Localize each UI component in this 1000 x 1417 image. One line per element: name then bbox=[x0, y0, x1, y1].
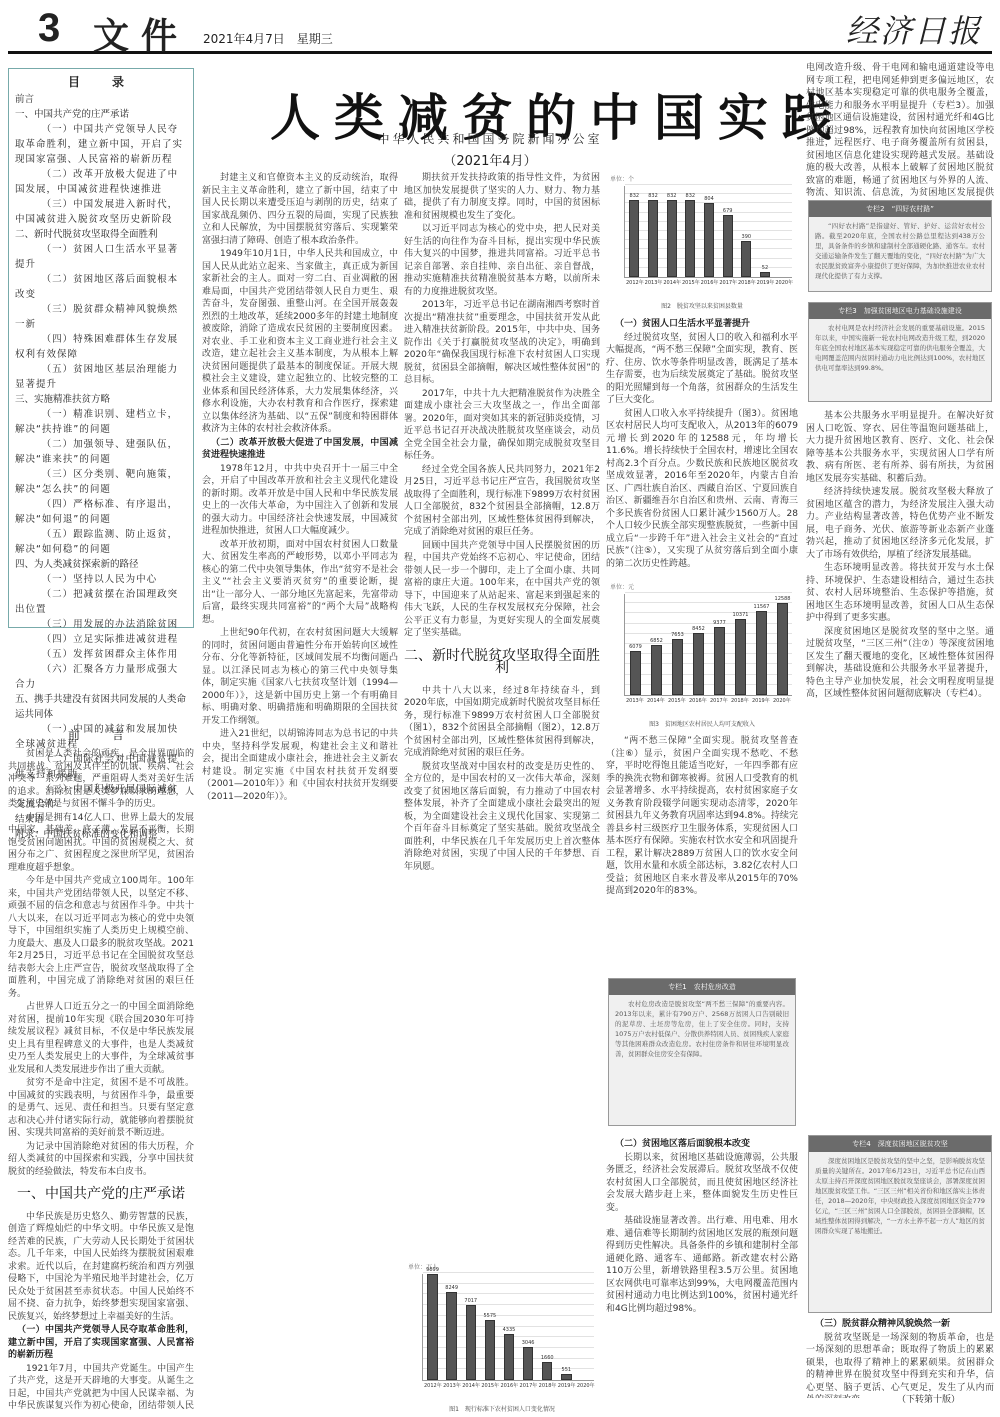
continued-notice: （下转第十版） bbox=[897, 1392, 960, 1405]
section-1-heading: 一、中国共产党的庄严承诺 bbox=[8, 1188, 194, 1201]
column-5-top: 电网改造升级、骨干电网和输电通道建设等电网专项工程，把电网延伸到更多偏远地区，农… bbox=[806, 62, 994, 197]
newspaper-logo: 经济日报 bbox=[846, 6, 982, 52]
bar-value-label: 7653 bbox=[669, 632, 687, 638]
col5-para: 基本公共服务水平明显提升。在解决好贫困人口吃饭、穿衣、居住等温饱问题基础上，大力… bbox=[806, 410, 994, 485]
toc-item: （一）坚持以人民为中心 bbox=[15, 572, 187, 587]
toc-item: （三）脱贫群众精神风貌焕然一新 bbox=[15, 302, 187, 332]
paragraph: 基础设施显著改善。出行难、用电难、用水难、通信难等长期制约贫困地区发展的瓶颈问题… bbox=[606, 1215, 798, 1315]
paragraph: （一）贫困人口生活水平显著提升 bbox=[606, 318, 798, 331]
bar-value-label: 679 bbox=[720, 208, 736, 214]
x-tick-label: 2015年 bbox=[668, 697, 686, 704]
paragraph: 1921年7月，中国共产党诞生。中国产生了共产党，这是开天辟地的大事变。从诞生之… bbox=[8, 1363, 194, 1414]
chart-bar: 832 bbox=[667, 200, 677, 277]
chart-bar: 9899 bbox=[427, 1274, 438, 1380]
chart-bar: 7653 bbox=[672, 639, 684, 695]
chart-bar: 9377 bbox=[714, 627, 726, 695]
toc-item: （五）发挥贫困群众主体作用 bbox=[15, 647, 187, 662]
preface-body: 贫困是人类社会的顽疾，是全世界面临的共同挑战。贫困及其伴生的饥饿、疾病、社会冲突… bbox=[8, 748, 194, 1178]
chart-bar: 3046 bbox=[523, 1347, 534, 1380]
x-tick-label: 2018年 bbox=[738, 279, 756, 286]
x-tick-label: 2018年 bbox=[731, 697, 749, 704]
x-tick-label: 2014年 bbox=[462, 1382, 480, 1389]
x-tick-label: 2016年 bbox=[689, 697, 707, 704]
x-tick-label: 2020年 bbox=[773, 697, 791, 704]
column-4-middle: “两不愁三保障”全面实现。脱贫攻坚普查（注⑥）显示，贫困户全面实现不愁吃、不愁穿… bbox=[606, 735, 798, 975]
paragraph: 以习近平同志为核心的党中央，把人民对美好生活的向往作为奋斗目标，提出实现中华民族… bbox=[404, 223, 600, 298]
toc-item: （五）跟踪监测、防止返贫，解决“如何稳”的问题 bbox=[15, 527, 187, 557]
chart-bar: 52 bbox=[760, 272, 770, 277]
sidebar-box-1: 专栏1 农村危房改造 农村危房改造是脱贫攻坚“两不愁三保障”的重要内容。2013… bbox=[608, 978, 796, 1126]
chart-bar: 8452 bbox=[693, 633, 705, 695]
bar-value-label: 7017 bbox=[463, 1298, 480, 1304]
x-tick-label: 2017年 bbox=[710, 697, 728, 704]
toc-item: （二）把减贫摆在治国理政突出位置 bbox=[15, 587, 187, 617]
chart-unit-label: 单位：元 bbox=[610, 582, 634, 591]
box-3-title: 专栏3 加强贫困地区电力基础设施建设 bbox=[809, 303, 991, 319]
sidebar-box-4: 专栏4 深度贫困地区脱贫攻坚 深度贫困地区是脱贫攻坚的坚中之坚，是影响脱贫攻坚质… bbox=[808, 1135, 992, 1313]
paragraph: 为记录中国消除绝对贫困的伟大历程，介绍人类减贫的中国探索和实践，分享中国扶贫脱贫… bbox=[8, 1141, 194, 1179]
gridline bbox=[423, 1283, 594, 1284]
x-tick-label: 2012年 bbox=[626, 279, 644, 286]
x-tick-label: 2014年 bbox=[663, 279, 681, 286]
gridline bbox=[625, 184, 792, 185]
chart-bar: 6079 bbox=[630, 651, 642, 695]
toc-item: （四）立足实际推进减贫进程 bbox=[15, 632, 187, 647]
x-tick-label: 2015年 bbox=[481, 1382, 499, 1389]
box-4-body: 深度贫困地区是脱贫攻坚的坚中之坚，是影响脱贫攻坚质量的关键所在。2017年6月2… bbox=[809, 1152, 991, 1240]
toc-title: 目 录 bbox=[15, 75, 187, 90]
chart-bar: 390 bbox=[741, 241, 751, 277]
chart-plot-area: 60792013年68522014年76532015年84522016年9377… bbox=[624, 594, 792, 696]
x-tick-label: 2013年 bbox=[626, 697, 644, 704]
bar-value-label: 804 bbox=[701, 196, 717, 202]
toc-item: 一、中国共产党的庄严承诺 bbox=[15, 107, 187, 122]
box-2-body: “四好农村路”是指建好、管好、护好、运营好农村公路。截至2020年底，全国农村公… bbox=[809, 217, 991, 285]
column-4-lower-body: （二）贫困地区落后面貌根本改变长期以来，贫困地区基础设施薄弱，公共服务匮乏，经济… bbox=[606, 1138, 798, 1315]
toc-item: （一）贫困人口生活水平显著提升 bbox=[15, 242, 187, 272]
paragraph: 占世界人口近五分之一的中国全面消除绝对贫困，提前10年实现《联合国2030年可持… bbox=[8, 1001, 194, 1076]
toc-item: （五）贫困地区基层治理能力显著提升 bbox=[15, 362, 187, 392]
chart-plot-area: 8322012年8322013年8322014年8322015年8042016年… bbox=[624, 186, 792, 278]
toc-item: （二）加强领导、建强队伍，解决“谁来扶”的问题 bbox=[15, 437, 187, 467]
paragraph: （二）贫困地区落后面貌根本改变 bbox=[606, 1138, 798, 1151]
chart-plot-area: 98992012年82492013年70172014年55752015年4335… bbox=[422, 1274, 594, 1381]
x-tick-label: 2017年 bbox=[719, 279, 737, 286]
paragraph: 封建主义和官僚资本主义的反动统治，取得新民主主义革命胜利，建立了新中国，结束了中… bbox=[202, 172, 398, 247]
chart-bar: 11567 bbox=[756, 611, 768, 695]
x-tick-label: 2013年 bbox=[645, 279, 663, 286]
paragraph: 经过全党全国各族人民共同努力，2021年2月25日，习近平总书记庄严宣告，我国脱… bbox=[404, 464, 600, 539]
col5-para: 脱贫攻坚既是一场深刻的物质革命，也是一场深刻的思想革命；既取得了物质上的累累硕果… bbox=[806, 1332, 994, 1399]
x-tick-label: 2020年 bbox=[775, 279, 793, 286]
toc-item: 三、实施精准扶贫方略 bbox=[15, 392, 187, 407]
box-1-body: 农村危房改造是脱贫攻坚“两不愁三保障”的重要内容。2013年以来，累计有790万… bbox=[609, 995, 795, 1063]
chart-bar: 832 bbox=[685, 200, 695, 277]
table-of-contents: 目 录 前言一、中国共产党的庄严承诺（一）中国共产党领导人民夺取革命胜利，建立新… bbox=[8, 68, 194, 628]
section-name: 文件 bbox=[93, 8, 189, 59]
bar-value-label: 3046 bbox=[520, 1340, 537, 1346]
section-2-body: 中共十八大以来，经过8年持续奋斗，到2020年底，中国如期完成新时代脱贫攻坚目标… bbox=[404, 685, 600, 874]
col5-para: 深度贫困地区是脱贫攻坚的坚中之坚。通过脱贫攻坚，“三区三州”（注⑦）等深度贫困地… bbox=[806, 626, 994, 701]
section-1-body: 中华民族是历史悠久、勤劳智慧的民族，创造了辉煌灿烂的中华文明。中华民族又是饱经苦… bbox=[8, 1211, 194, 1414]
column-3-body: 期扶贫开发扶持政策的指导性文件，为贫困地区加快发展提供了坚实的人力、财力、物力基… bbox=[404, 172, 600, 640]
bar-value-label: 832 bbox=[645, 193, 661, 199]
col5-para: 经济持续快速发展。脱贫攻坚极大释放了贫困地区蕴含的潜力，为经济发展注入强大动力。… bbox=[806, 486, 994, 561]
paragraph: 1949年10月1日，中华人民共和国成立，中国人民从此站立起来、当家做主，真正成… bbox=[202, 248, 398, 436]
x-tick-label: 2013年 bbox=[443, 1382, 461, 1389]
sidebar-box-2: 专栏2 “四好农村路” “四好农村路”是指建好、管好、护好、运营好农村公路。截至… bbox=[808, 200, 992, 292]
bar-value-label: 11567 bbox=[753, 604, 771, 610]
paragraph: 经过脱贫攻坚，贫困人口的收入和福利水平大幅提高，“两不愁三保障”全面实现，教育、… bbox=[606, 332, 798, 407]
paragraph: 贫穷不是命中注定，贫困不是不可战胜。中国减贫的实践表明，与贫困作斗争，最重要的是… bbox=[8, 1077, 194, 1140]
chart-bar: 7017 bbox=[466, 1305, 477, 1380]
chart-bar: 551 bbox=[561, 1374, 572, 1380]
toc-item: 五、携手共建没有贫困共同发展的人类命运共同体 bbox=[15, 692, 187, 722]
chart-unit-label: 单位：个 bbox=[610, 174, 634, 183]
column-4-body: （一）贫困人口生活水平显著提升经过脱贫攻坚，贫困人口的收入和福利水平大幅提高，“… bbox=[606, 318, 798, 570]
column-3: 期扶贫开发扶持政策的指导性文件，为贫困地区加快发展提供了坚实的人力、财力、物力基… bbox=[404, 172, 600, 1232]
preface-title: 前 言 bbox=[8, 726, 194, 743]
paragraph: 中共十八大以来，经过8年持续奋斗，到2020年底，中国如期完成新时代脱贫攻坚目标… bbox=[404, 685, 600, 760]
box-4-title: 专栏4 深度贫困地区脱贫攻坚 bbox=[809, 1136, 991, 1152]
column-4-upper: （一）贫困人口生活水平显著提升经过脱贫攻坚，贫困人口的收入和福利水平大幅提高，“… bbox=[606, 318, 798, 580]
x-tick-label: 2015年 bbox=[682, 279, 700, 286]
toc-item: 四、为人类减贫探索新的路径 bbox=[15, 557, 187, 572]
column-4-lower: （二）贫困地区落后面貌根本改变长期以来，贫困地区基础设施薄弱，公共服务匮乏，经济… bbox=[606, 1138, 798, 1413]
paragraph: 期扶贫开发扶持政策的指导性文件，为贫困地区加快发展提供了坚实的人力、财力、物力基… bbox=[404, 172, 600, 222]
bar-value-label: 5575 bbox=[482, 1313, 499, 1319]
paragraph: 回顾中国共产党领导中国人民摆脱贫困的历程，中国共产党始终不忘初心、牢记使命，团结… bbox=[404, 540, 600, 640]
chart-bar: 6852 bbox=[651, 645, 663, 695]
masthead: 3 文件 2021年4月7日 星期三 经济日报 bbox=[8, 0, 992, 54]
col5-para: 生态环境明显改善。将扶贫开发与水土保持、环境保护、生态建设相结合，通过生态扶贫、… bbox=[806, 562, 994, 625]
chart-caption: 图1 现行标准下农村贫困人口变化情况 bbox=[404, 1404, 600, 1413]
bar-value-label: 8452 bbox=[690, 626, 708, 632]
gridline bbox=[423, 1272, 594, 1273]
box-2-title: 专栏2 “四好农村路” bbox=[809, 201, 991, 217]
bar-value-label: 12588 bbox=[774, 596, 792, 602]
bar-value-label: 8249 bbox=[443, 1285, 460, 1291]
toc-item: （六）汇聚各方力量形成强大合力 bbox=[15, 662, 187, 692]
column-5-bottom: （三）脱贫群众精神风貌焕然一新 脱贫攻坚既是一场深刻的物质革命，也是一场深刻的思… bbox=[806, 1318, 994, 1398]
x-tick-label: 2018年 bbox=[539, 1382, 557, 1389]
x-tick-label: 2012年 bbox=[424, 1382, 442, 1389]
page-number: 3 bbox=[38, 6, 60, 51]
chart-bar: 832 bbox=[648, 200, 658, 277]
bar-value-label: 10371 bbox=[732, 612, 750, 618]
bar-value-label: 551 bbox=[558, 1367, 575, 1373]
toc-item: （一）精准识别、建档立卡，解决“扶持谁”的问题 bbox=[15, 407, 187, 437]
toc-item: （四）特殊困难群体生存发展权利有效保障 bbox=[15, 332, 187, 362]
col5-para: 电网改造升级、骨干电网和输电通道建设等电网专项工程，把电网延伸到更多偏远地区，农… bbox=[806, 62, 994, 197]
issue-date: 2021年4月7日 星期三 bbox=[203, 30, 333, 47]
paragraph: 今年是中国共产党成立100周年。100年来，中国共产党团结带领人民，以坚定不移、… bbox=[8, 875, 194, 1000]
paragraph: “两不愁三保障”全面实现。脱贫攻坚普查（注⑥）显示，贫困户全面实现不愁吃、不愁穿… bbox=[606, 735, 798, 898]
section-2-heading: 二、新时代脱贫攻坚取得全面胜利 bbox=[404, 650, 600, 675]
x-tick-label: 2014年 bbox=[647, 697, 665, 704]
chart-bar: 1660 bbox=[542, 1362, 553, 1380]
bar-value-label: 52 bbox=[757, 265, 773, 271]
chart-bar: 10371 bbox=[735, 619, 747, 695]
paragraph: 2017年，中共十九大把精准脱贫作为决胜全面建成小康社会三大攻坚战之一，作出全面… bbox=[404, 388, 600, 463]
paragraph: 进入21世纪，以胡锦涛同志为总书记的中共中央，坚持科学发展观，构建社会主义和谐社… bbox=[202, 728, 398, 803]
paragraph: 1978年12月，中共中央召开十一届三中全会，开启了中国改革开放和社会主义现代化… bbox=[202, 463, 398, 538]
toc-item: （二）贫困地区落后面貌根本改变 bbox=[15, 272, 187, 302]
x-tick-label: 2019年 bbox=[757, 279, 775, 286]
toc-item: （一）中国共产党领导人民夺取革命胜利，建立新中国，开启了实现国家富强、人民富裕的… bbox=[15, 122, 187, 167]
column-2-body: 封建主义和官僚资本主义的反动统治，取得新民主主义革命胜利，建立了新中国，结束了中… bbox=[202, 172, 398, 803]
column-1: 贫困是人类社会的顽疾，是全世界面临的共同挑战。贫困及其伴生的饥饿、疾病、社会冲突… bbox=[8, 748, 194, 1413]
x-tick-label: 2017年 bbox=[520, 1382, 538, 1389]
chart-bar: 4335 bbox=[504, 1334, 515, 1380]
byline: 中华人民共和国国务院新闻办公室 bbox=[370, 130, 610, 147]
chart-figure-2: 单位：个8322012年8322013年8322014年8322015年8042… bbox=[606, 172, 798, 312]
bar-value-label: 390 bbox=[738, 234, 754, 240]
chart-caption: 图2 脱贫攻坚以来贫困县数量 bbox=[606, 301, 798, 310]
chart-bar: 832 bbox=[629, 200, 639, 277]
paragraph: 脱贫攻坚战对中国农村的改变是历史性的、全方位的，是中国农村的又一次伟大革命，深刻… bbox=[404, 761, 600, 874]
paragraph: （一）中国共产党领导人民夺取革命胜利，建立新中国，开启了实现国家富强、人民富裕的… bbox=[8, 1324, 194, 1362]
x-tick-label: 2019年 bbox=[752, 697, 770, 704]
paragraph: 上世纪90年代初，在农村贫困问题大大缓解的同时，贫困问题由普遍性分布开始转向区域… bbox=[202, 627, 398, 727]
chart-figure-1: 单位：万人98992012年82492013年70172014年55752015… bbox=[404, 1260, 600, 1415]
paragraph: 贫困人口收入水平持续提升（图3）。贫困地区农村居民人均可支配收入，从2013年的… bbox=[606, 408, 798, 571]
column-4-middle-body: “两不愁三保障”全面实现。脱贫攻坚普查（注⑥）显示，贫困户全面实现不愁吃、不愁穿… bbox=[606, 735, 798, 898]
chart-bar: 679 bbox=[723, 215, 733, 277]
box-3-body: 农村电网是农村经济社会发展的重要基础设施。2015年以来，中国实施新一轮农村电网… bbox=[809, 319, 991, 377]
bar-value-label: 4335 bbox=[501, 1327, 518, 1333]
toc-item: （三）用发展的办法消除贫困 bbox=[15, 617, 187, 632]
chart-bar: 12588 bbox=[777, 603, 789, 695]
bar-value-label: 832 bbox=[626, 193, 642, 199]
bar-value-label: 832 bbox=[664, 193, 680, 199]
paragraph: 改革开放初期，面对中国农村贫困人口数量大、贫困发生率高的严峻形势，以邓小平同志为… bbox=[202, 539, 398, 627]
chart-bar: 5575 bbox=[485, 1320, 496, 1380]
toc-item: 二、新时代脱贫攻坚取得全面胜利 bbox=[15, 227, 187, 242]
paragraph: 贫困是人类社会的顽疾，是全世界面临的共同挑战。贫困及其伴生的饥饿、疾病、社会冲突… bbox=[8, 748, 194, 811]
bar-value-label: 6079 bbox=[627, 644, 645, 650]
bar-value-label: 1660 bbox=[539, 1355, 556, 1361]
chart-bar: 8249 bbox=[446, 1292, 457, 1380]
column-5-middle: 基本公共服务水平明显提升。在解决好贫困人口吃饭、穿衣、居住等温饱问题基础上，大力… bbox=[806, 410, 994, 1130]
paragraph: 长期以来，贫困地区基础设施薄弱，公共服务匮乏，经济社会发展滞后。脱贫攻坚战不仅使… bbox=[606, 1152, 798, 1215]
chart-figure-3: 单位：元60792013年68522014年76532015年84522016年… bbox=[606, 580, 798, 730]
toc-item: （三）区分类别、靶向施策，解决“怎么扶”的问题 bbox=[15, 467, 187, 497]
x-tick-label: 2016年 bbox=[701, 279, 719, 286]
bar-value-label: 832 bbox=[682, 193, 698, 199]
bar-value-label: 9377 bbox=[711, 620, 729, 626]
gridline bbox=[625, 592, 792, 593]
paragraph: 2013年，习近平总书记在湖南湘西考察时首次提出“精准扶贫”重要理念，中国扶贫开… bbox=[404, 299, 600, 387]
box-1-title: 专栏1 农村危房改造 bbox=[609, 979, 795, 995]
toc-item: （二）改革开放极大促进了中国发展，中国减贫进程快速推进 bbox=[15, 167, 187, 197]
chart-bar: 804 bbox=[704, 203, 714, 277]
byline-date: （2021年4月） bbox=[370, 150, 610, 169]
column-2: 封建主义和官僚资本主义的反动统治，取得新民主主义革命胜利，建立了新中国，结束了中… bbox=[202, 172, 398, 1412]
x-tick-label: 2016年 bbox=[500, 1382, 518, 1389]
toc-item: （四）严格标准、有序退出，解决“如何退”的问题 bbox=[15, 497, 187, 527]
toc-item: 前言 bbox=[15, 92, 187, 107]
x-tick-label: 2019年 bbox=[558, 1382, 576, 1389]
bar-value-label: 9899 bbox=[424, 1267, 441, 1273]
x-tick-label: 2020年 bbox=[577, 1382, 595, 1389]
paragraph: 中国是拥有14亿人口、世界上最大的发展中国家，基础差、底子薄，发展不平衡，长期饱… bbox=[8, 812, 194, 875]
paragraph: 中华民族是历史悠久、勤劳智慧的民族，创造了辉煌灿烂的中华文明。中华民族又是饱经苦… bbox=[8, 1211, 194, 1324]
toc-item: （三）中国发展进入新时代，中国减贫进入脱贫攻坚历史新阶段 bbox=[15, 197, 187, 227]
sidebar-box-3: 专栏3 加强贫困地区电力基础设施建设 农村电网是农村经济社会发展的重要基础设施。… bbox=[808, 302, 992, 402]
bar-value-label: 6852 bbox=[648, 638, 666, 644]
chart-caption: 图3 贫困地区农村居民人均可支配收入 bbox=[606, 719, 798, 728]
subsection-heading: （三）脱贫群众精神风貌焕然一新 bbox=[806, 1318, 994, 1331]
paragraph: （二）改革开放极大促进了中国发展，中国减贫进程快速推进 bbox=[202, 437, 398, 462]
